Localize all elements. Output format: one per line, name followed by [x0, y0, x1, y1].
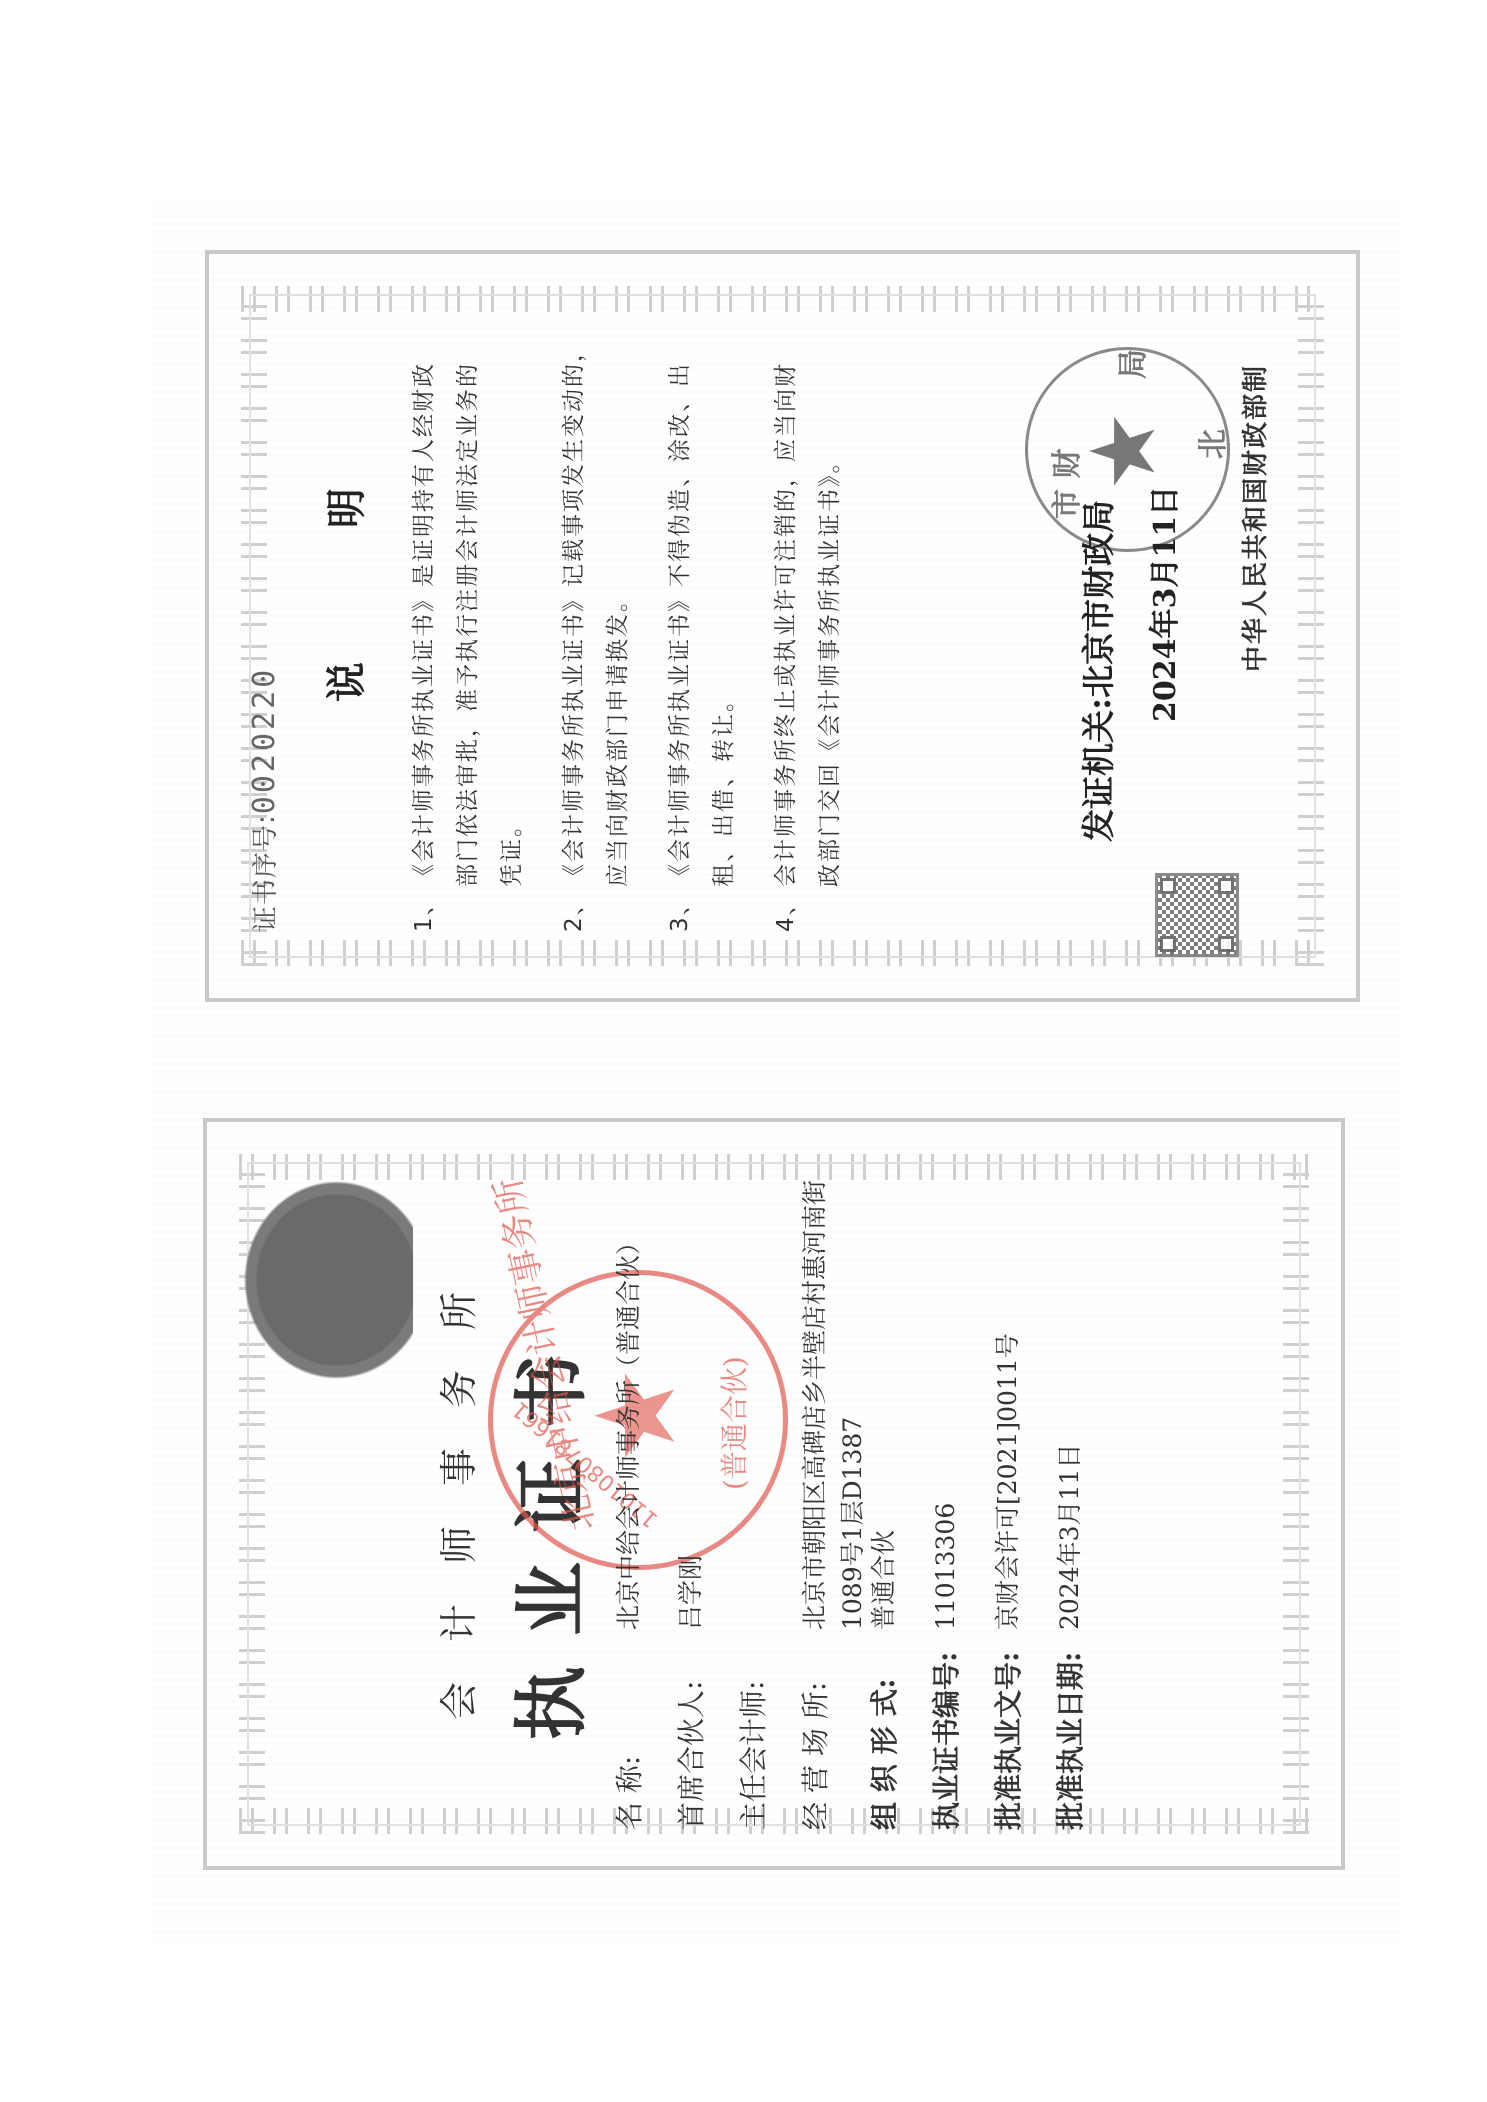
- field-label: 批准执业文号:: [987, 1652, 1027, 1830]
- notes-list: 1、《会计师事务所执业证书》是证明持有人经财政部门依法审批，准予执行注册会计师法…: [405, 292, 873, 932]
- field-label: 批准执业日期:: [1049, 1652, 1089, 1830]
- certificate-panel: 会计师事务所 执业证书 ★ 北京中给会计师事务所 1101080781661 (…: [203, 1118, 1345, 1870]
- note-line: 2、《会计师事务所执业证书》记载事项发生变动的，: [555, 292, 599, 932]
- firm-fields: 名 称:北京中给会计师事务所（普通合伙）首席合伙人:吕学刚主任会计师:经 营 场…: [608, 1140, 884, 1830]
- issuer-seal: ★ 市 财 局 北: [1025, 347, 1230, 552]
- note-text: 部门依法审批，准予执行注册会计师法定业务的: [455, 362, 481, 887]
- seal-bottom-text: 北: [1188, 429, 1232, 459]
- field-row: 首席合伙人:吕学刚: [670, 1140, 732, 1830]
- field-label: 组 织 形 式:: [863, 1678, 903, 1830]
- note-line: 部门依法审批，准予执行注册会计师法定业务的: [449, 292, 493, 932]
- note-text: 《会计师事务所执业证书》不得伪造、涂改、出: [667, 362, 693, 887]
- field-row: 名 称:北京中给会计师事务所（普通合伙）: [608, 1140, 670, 1830]
- field-row: 组 织 形 式:普通合伙: [863, 1140, 925, 1830]
- note-number: 1、: [405, 890, 438, 932]
- note-line: 4、会计师事务所终止或执业许可注销的，应当向财: [767, 292, 811, 932]
- issuer: 发证机关:北京市财政局: [1073, 500, 1120, 842]
- field-value: 11013306: [927, 1170, 965, 1630]
- field-value: 北京中给会计师事务所（普通合伙）: [610, 1170, 648, 1630]
- field-row: 批准执业文号:京财会许可[2021]0011号: [987, 1140, 1049, 1830]
- field-label: 主任会计师:: [732, 1681, 772, 1830]
- field-value: 2024年3月11日: [1051, 1170, 1089, 1630]
- note-text: 凭证。: [499, 812, 525, 887]
- note-line: 政部门交回《会计师事务所执业证书》。: [811, 292, 855, 932]
- field-value: 京财会许可[2021]0011号: [989, 1170, 1027, 1630]
- seal-side-text: 局: [1108, 349, 1152, 379]
- issuer-label: 发证机关:: [1079, 698, 1118, 842]
- note-text: 政部门交回《会计师事务所执业证书》。: [817, 449, 843, 888]
- note-line: 1、《会计师事务所执业证书》是证明持有人经财政: [405, 292, 449, 932]
- qr-code-icon: [1155, 873, 1239, 957]
- maker-credit: 中华人民共和国财政部制: [1235, 364, 1272, 672]
- note-line: 应当向财政部门申请换发。: [599, 292, 643, 932]
- note-number: 4、: [767, 890, 800, 932]
- field-label: 名 称:: [608, 1756, 648, 1830]
- field-label: 首席合伙人:: [670, 1681, 710, 1830]
- note-text: 《会计师事务所执业证书》是证明持有人经财政: [411, 362, 437, 887]
- note-line: 租、出借、转让。: [705, 292, 749, 932]
- issuer-value: 北京市财政局: [1079, 500, 1118, 698]
- field-row: 批准执业日期:2024年3月11日: [1049, 1140, 1111, 1830]
- serial-number: 证书序号:0020220: [245, 667, 282, 932]
- note-text: 会计师事务所终止或执业许可注销的，应当向财: [773, 362, 799, 887]
- license-fields: 组 织 形 式:普通合伙执业证书编号:11013306批准执业文号:京财会许可[…: [863, 1140, 1111, 1830]
- notes-panel: 证书序号:0020220 说 明 1、《会计师事务所执业证书》是证明持有人经财政…: [205, 250, 1360, 1002]
- field-value: 吕学刚: [672, 1170, 710, 1630]
- note-line: 凭证。: [493, 292, 537, 932]
- serial-label: 证书序号:: [251, 814, 281, 932]
- note-number: 2、: [555, 890, 588, 932]
- note-text: 应当向财政部门申请换发。: [605, 587, 631, 887]
- issue-date: 2024年3月11日: [1140, 486, 1184, 722]
- field-value: 北京市朝阳区高碑店乡半壁店村惠河南街1089号1层D1387: [796, 1170, 872, 1630]
- field-value: 普通合伙: [865, 1170, 903, 1630]
- note-text: 租、出借、转让。: [711, 687, 737, 887]
- notes-title: 说 明: [315, 428, 372, 702]
- field-row: 主任会计师:: [732, 1140, 794, 1830]
- note-text: 《会计师事务所执业证书》记载事项发生变动的，: [561, 337, 587, 887]
- field-row: 执业证书编号:11013306: [925, 1140, 987, 1830]
- star-icon: ★: [1083, 415, 1163, 487]
- field-label: 执业证书编号:: [925, 1652, 965, 1830]
- field-label: 经 营 场 所:: [794, 1682, 834, 1830]
- certificate-subtitle: 会计师事务所: [428, 1252, 483, 1720]
- serial-value: 0020220: [247, 667, 282, 814]
- photo-placeholder: [243, 1180, 413, 1380]
- note-line: 3、《会计师事务所执业证书》不得伪造、涂改、出: [661, 292, 705, 932]
- note-number: 3、: [661, 890, 694, 932]
